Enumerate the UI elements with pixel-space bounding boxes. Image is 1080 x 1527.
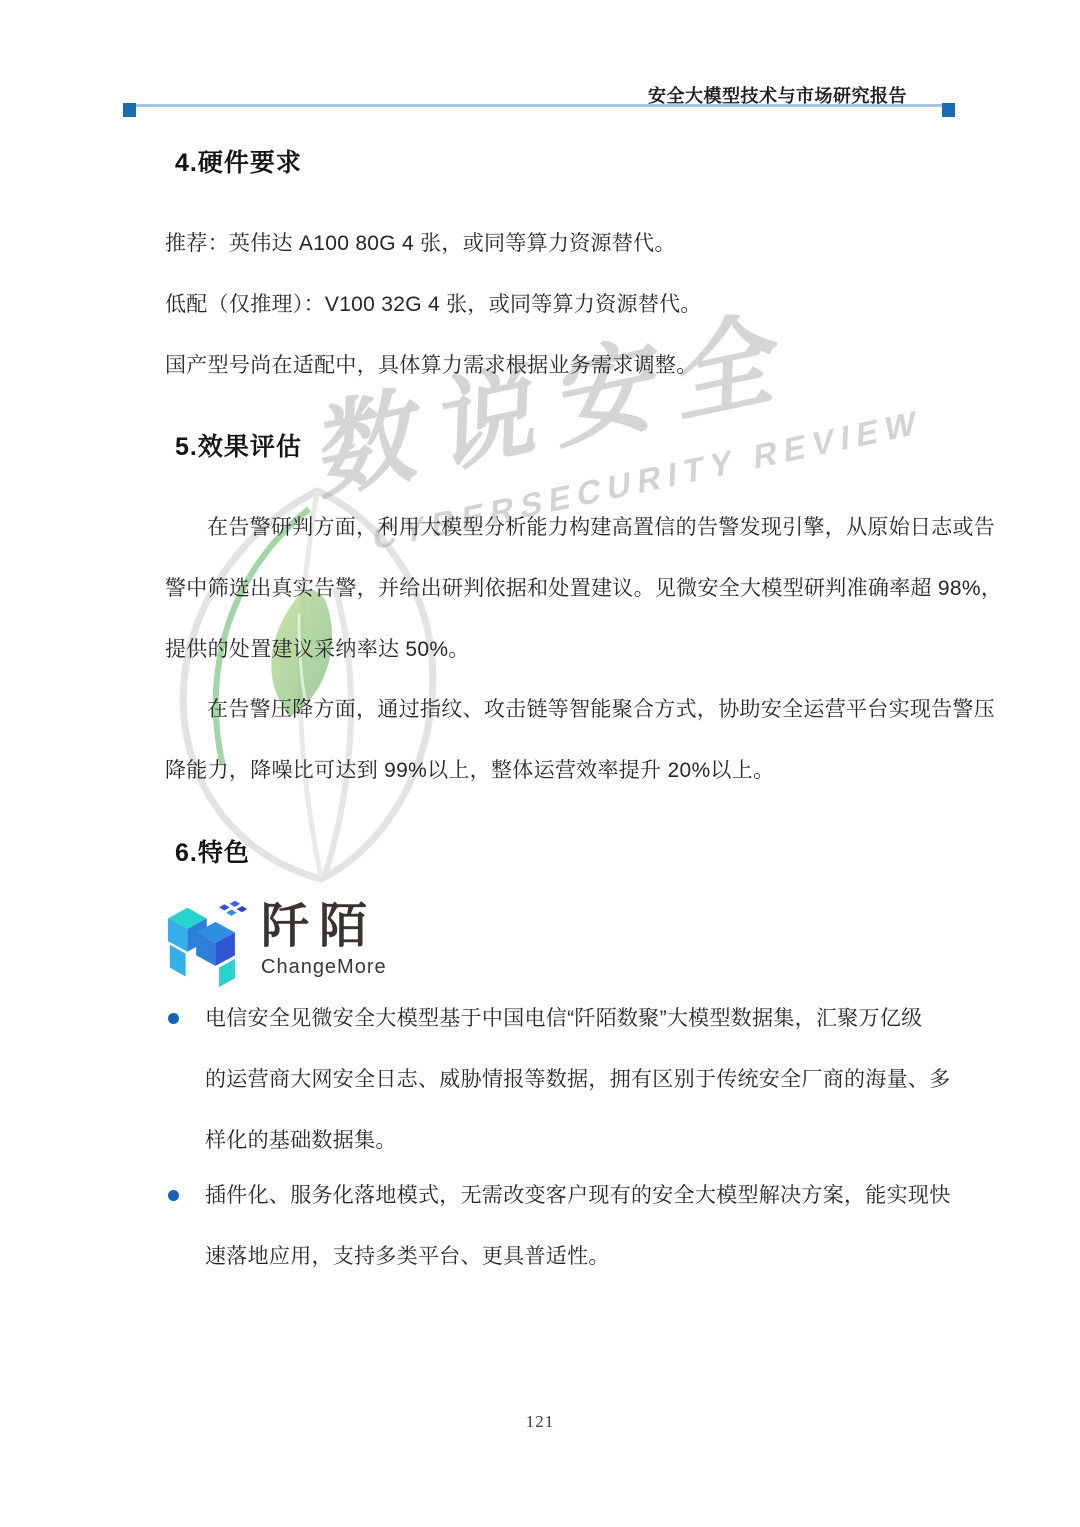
hardware-paragraphs: 推荐：英伟达 A100 80G 4 张，或同等算力资源替代。 低配（仅推理）：V… bbox=[165, 213, 970, 396]
report-page: 数说安全 CYBERSECURITY REVIEW 安全大模型技术与市场研究报告… bbox=[0, 0, 1080, 1527]
paragraph-line: 警中筛选出真实告警，并给出研判依据和处置建议。见微安全大模型研判准确率超 98%… bbox=[165, 558, 970, 619]
hardware-line: 推荐：英伟达 A100 80G 4 张，或同等算力资源替代。 bbox=[165, 213, 970, 274]
page-number: 121 bbox=[0, 1412, 1080, 1432]
paragraph-line: 提供的处置建议采纳率达 50%。 bbox=[165, 619, 970, 680]
logo-name-cn: 阡陌 bbox=[261, 899, 387, 955]
changemore-logo-text: 阡陌 ChangeMore bbox=[261, 899, 387, 978]
header-rule-left-square bbox=[123, 103, 136, 117]
paragraph-line: 在告警研判方面，利用大模型分析能力构建高置信的告警发现引擎，从原始日志或告 bbox=[165, 497, 970, 558]
section-heading-evaluation: 5.效果评估 bbox=[175, 427, 302, 463]
paragraph-line: 在告警压降方面，通过指纹、攻击链等智能聚合方式，协助安全运营平台实现告警压 bbox=[165, 679, 970, 740]
bullet-dot bbox=[168, 1013, 179, 1024]
feature-bullet-1: 电信安全见微安全大模型基于中国电信“阡陌数聚”大模型数据集，汇聚万亿级 的运营商… bbox=[205, 988, 975, 1171]
hardware-line: 国产型号尚在适配中，具体算力需求根据业务需求调整。 bbox=[165, 335, 970, 396]
header-rule bbox=[123, 104, 955, 107]
bullet-line: 速落地应用，支持多类平台、更具普适性。 bbox=[205, 1226, 975, 1287]
bullet-line: 的运营商大网安全日志、威胁情报等数据，拥有区别于传统安全厂商的海量、多 bbox=[205, 1049, 975, 1110]
bullet-dot bbox=[168, 1190, 179, 1201]
changemore-cubes-icon bbox=[161, 899, 249, 987]
evaluation-paragraph-1: 在告警研判方面，利用大模型分析能力构建高置信的告警发现引擎，从原始日志或告 警中… bbox=[165, 497, 970, 680]
logo-name-en: ChangeMore bbox=[261, 956, 387, 978]
paragraph-line: 降能力，降噪比可达到 99%以上，整体运营效率提升 20%以上。 bbox=[165, 740, 970, 801]
hardware-line: 低配（仅推理）：V100 32G 4 张，或同等算力资源替代。 bbox=[165, 274, 970, 335]
section-heading-hardware: 4.硬件要求 bbox=[175, 143, 302, 179]
bullet-line: 样化的基础数据集。 bbox=[205, 1110, 975, 1171]
section-heading-features: 6.特色 bbox=[175, 833, 250, 869]
bullet-line: 电信安全见微安全大模型基于中国电信“阡陌数聚”大模型数据集，汇聚万亿级 bbox=[205, 988, 975, 1049]
feature-bullet-2: 插件化、服务化落地模式，无需改变客户现有的安全大模型解决方案，能实现快 速落地应… bbox=[205, 1165, 975, 1287]
bullet-line: 插件化、服务化落地模式，无需改变客户现有的安全大模型解决方案，能实现快 bbox=[205, 1165, 975, 1226]
page-content: 安全大模型技术与市场研究报告 4.硬件要求 推荐：英伟达 A100 80G 4 … bbox=[0, 0, 1080, 1527]
evaluation-paragraph-2: 在告警压降方面，通过指纹、攻击链等智能聚合方式，协助安全运营平台实现告警压 降能… bbox=[165, 679, 970, 801]
changemore-logo: 阡陌 ChangeMore bbox=[161, 899, 387, 987]
header-rule-right-square bbox=[942, 103, 955, 117]
